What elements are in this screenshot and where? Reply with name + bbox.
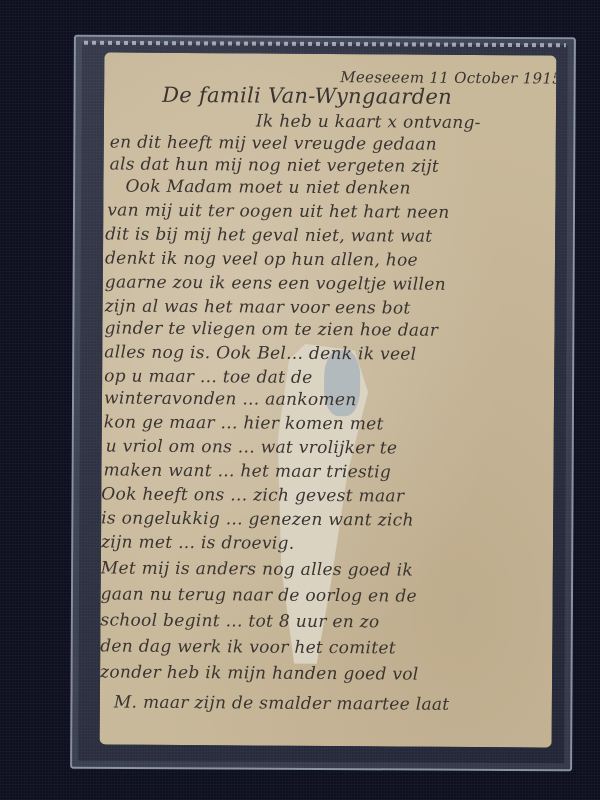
- text-line: maken want ... het maar triestig: [103, 460, 391, 482]
- postcard: Meeseeem 11 October 1915 De famili Van-W…: [100, 52, 557, 747]
- text-line: ginder te vliegen om te zien hoe daar: [104, 318, 438, 340]
- text-line: zonder heb ik mijn handen goed vol: [100, 662, 419, 684]
- text-line: denkt ik nog veel op hun allen, hoe: [105, 248, 418, 270]
- text-line: gaarne zou ik eens een vogeltje willen: [105, 272, 446, 294]
- text-line: dit is bij mij het geval niet, want wat: [105, 224, 432, 246]
- text-line: zijn al was het maar voor eens bot: [105, 296, 411, 318]
- text-line: Ook Madam moet u niet denken: [125, 177, 410, 199]
- salutation: De famili Van-Wyngaarden: [162, 83, 452, 109]
- text-line: den dag werk ik voor het comitet: [100, 636, 396, 658]
- text-line: M. maar zijn de smalder maartee laat: [114, 693, 450, 715]
- text-line: Ook heeft ons ... zich gevest maar: [101, 484, 404, 506]
- text-line: alles nog is. Ook Bel... denk ik veel: [104, 342, 416, 364]
- text-line: kon ge maar ... hier komen met: [104, 412, 384, 434]
- text-line: als dat hun mij nog niet vergeten zijt: [110, 154, 440, 176]
- text-line: u vriol om ons ... wat vrolijker te: [106, 436, 398, 458]
- text-line: gaan nu terug naar de oorlog en de: [101, 584, 417, 606]
- sleeve-seam: [84, 41, 566, 48]
- text-line: op u maar ... toe dat de: [104, 366, 312, 387]
- text-line: en dit heeft mij veel vreugde gedaan: [110, 132, 437, 154]
- text-line: is ongelukkig ... genezen want zich: [101, 508, 414, 530]
- text-line: zijn met ... is droevig.: [101, 532, 295, 553]
- text-line: Ik heb u kaart x ontvang-: [256, 111, 481, 133]
- text-line: school begint ... tot 8 uur en zo: [100, 610, 379, 632]
- text-line: winteravonden ... aankomen: [104, 388, 357, 410]
- text-line: Met mij is anders nog alles goed ik: [101, 558, 413, 580]
- text-line: van mij uit ter oogen uit het hart neen: [107, 200, 449, 222]
